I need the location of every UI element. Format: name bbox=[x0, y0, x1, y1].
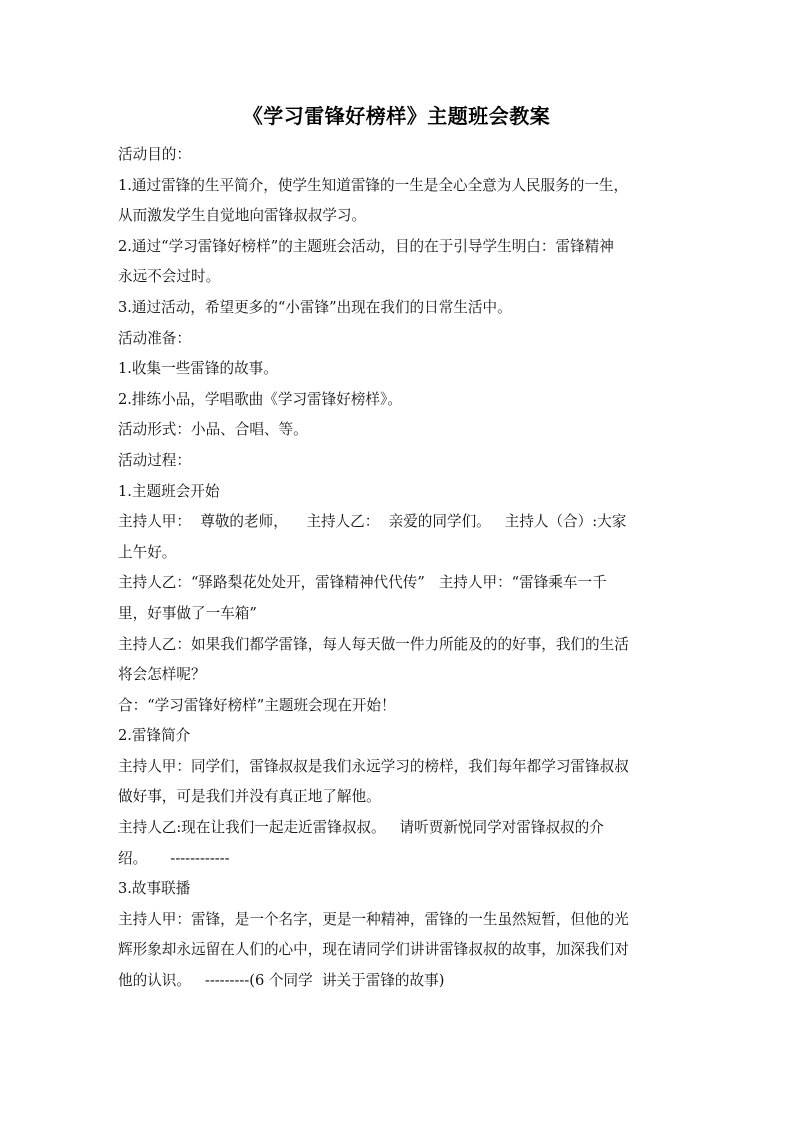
paragraph-line: 永远不会过时。 bbox=[118, 262, 678, 293]
paragraph-line: 里，好事做了一车箱” bbox=[118, 599, 678, 630]
paragraph-line: 主持人甲： 尊敬的老师， 主持人乙： 亲爱的同学们。 主持人（合）:大家 bbox=[118, 507, 678, 538]
paragraph-line: 主持人甲：同学们，雷锋叔叔是我们永远学习的榜样，我们每年都学习雷锋叔叔 bbox=[118, 752, 678, 783]
document-title: 《学习雷锋好榜样》主题班会教案 bbox=[0, 101, 793, 131]
paragraph-line: 绍。 ------------ bbox=[118, 844, 678, 875]
document-body: 活动目的： 1.通过雷锋的生平简介，使学生知道雷锋的一生是全心全意为人民服务的一… bbox=[118, 140, 678, 997]
section-heading-format: 活动形式：小品、合唱、等。 bbox=[118, 415, 678, 446]
paragraph-line: 他的认识。 ---------(6 个同学 讲关于雷锋的故事) bbox=[118, 966, 678, 997]
paragraph-line: 2.通过“学习雷锋好榜样”的主题班会活动，目的在于引导学生明白：雷锋精神 bbox=[118, 232, 678, 263]
subsection-heading-intro: 2.雷锋简介 bbox=[118, 721, 678, 752]
paragraph-line: 1.收集一些雷锋的故事。 bbox=[118, 354, 678, 385]
paragraph-line: 2.排练小品，学唱歌曲《学习雷锋好榜样》。 bbox=[118, 385, 678, 416]
paragraph-line: 将会怎样呢？ bbox=[118, 660, 678, 691]
paragraph-line: 合：“学习雷锋好榜样”主题班会现在开始！ bbox=[118, 691, 678, 722]
paragraph-line: 主持人乙:现在让我们一起走近雷锋叔叔。 请听贾新悦同学对雷锋叔叔的介 bbox=[118, 813, 678, 844]
section-heading-purpose: 活动目的： bbox=[118, 140, 678, 171]
section-heading-process: 活动过程： bbox=[118, 446, 678, 477]
paragraph-line: 从而激发学生自觉地向雷锋叔叔学习。 bbox=[118, 201, 678, 232]
paragraph-line: 辉形象却永远留在人们的心中，现在请同学们讲讲雷锋叔叔的故事，加深我们对 bbox=[118, 935, 678, 966]
paragraph-line: 主持人甲：雷锋，是一个名字，更是一种精神，雷锋的一生虽然短暂，但他的光 bbox=[118, 905, 678, 936]
paragraph-line: 3.通过活动，希望更多的“小雷锋”出现在我们的日常生活中。 bbox=[118, 293, 678, 324]
document-page: 《学习雷锋好榜样》主题班会教案 活动目的： 1.通过雷锋的生平简介，使学生知道雷… bbox=[0, 0, 793, 1122]
section-heading-preparation: 活动准备： bbox=[118, 324, 678, 355]
paragraph-line: 上午好。 bbox=[118, 538, 678, 569]
subsection-heading-stories: 3.故事联播 bbox=[118, 874, 678, 905]
paragraph-line: 1.通过雷锋的生平简介，使学生知道雷锋的一生是全心全意为人民服务的一生， bbox=[118, 171, 678, 202]
paragraph-line: 主持人乙：如果我们都学雷锋，每人每天做一件力所能及的的好事，我们的生活 bbox=[118, 630, 678, 661]
subsection-heading-start: 1.主题班会开始 bbox=[118, 477, 678, 508]
paragraph-line: 做好事，可是我们并没有真正地了解他。 bbox=[118, 782, 678, 813]
paragraph-line: 主持人乙：“驿路梨花处处开，雷锋精神代代传” 主持人甲：“雷锋乘车一千 bbox=[118, 568, 678, 599]
